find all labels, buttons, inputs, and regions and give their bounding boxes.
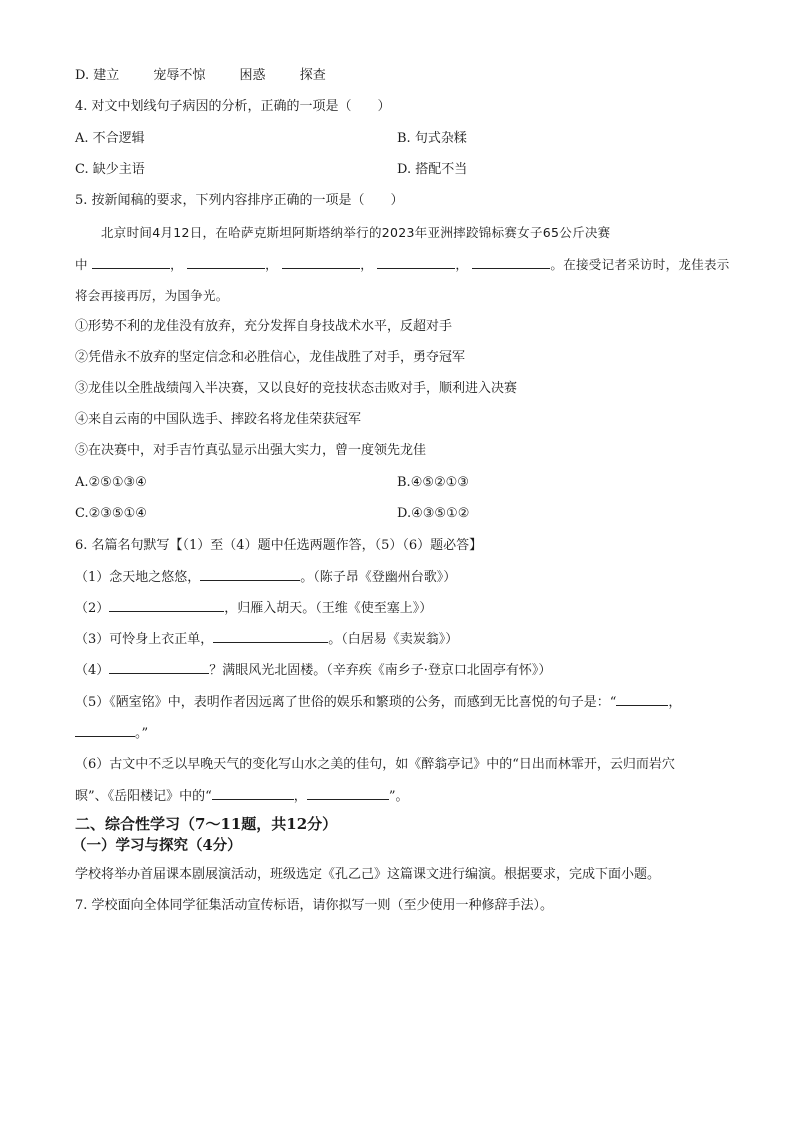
fill-blank-4[interactable] xyxy=(377,256,455,269)
word: 困惑 xyxy=(240,68,266,83)
q6-stem: 6. 名篇名句默写【（1）至（4）题中任选两题作答，（5）（6）题必答】 xyxy=(75,537,482,555)
q5-sentence-4: ④来自云南的中国队选手、摔跤名将龙佳荣获冠军 xyxy=(75,411,361,429)
option-text: ②③⑤①④ xyxy=(89,506,147,521)
option-label: D. xyxy=(75,68,89,83)
word: 宠辱不惊 xyxy=(153,68,205,83)
text: 中 xyxy=(75,257,88,272)
q5-news-line-3: 将会再接再厉，为国争光。 xyxy=(75,287,229,305)
text: （2） xyxy=(75,601,109,616)
subsection-title: （一）学习与探究（4分） xyxy=(72,837,242,855)
section-2-intro: 学校将举办首届课本剧展演活动，班级选定《孔乙己》这篇课文进行编演。根据要求，完成… xyxy=(75,866,660,884)
text: ， xyxy=(668,695,681,710)
q4-option-b[interactable]: B. 句式杂糅 xyxy=(397,130,467,148)
text: （3）可怜身上衣正单， xyxy=(75,632,213,647)
q5-option-d[interactable]: D.④③⑤①② xyxy=(397,505,469,523)
text: ，归雁入胡天。（王维《使至塞上》） xyxy=(224,601,432,616)
text: 暝”、《岳阳楼记》中的“ xyxy=(75,789,212,804)
option-label: D. xyxy=(397,162,411,177)
option-text: 搭配不当 xyxy=(415,162,467,177)
option-text: ④③⑤①② xyxy=(411,506,469,521)
option-text: ②⑤①③④ xyxy=(89,475,147,490)
option-label: D. xyxy=(397,506,411,521)
q6-item-6-line-2: 暝”、《岳阳楼记》中的“，”。 xyxy=(75,787,408,806)
q4-option-a[interactable]: A. 不合逻辑 xyxy=(75,130,145,148)
q5-stem: 5. 按新闻稿的要求，下列内容排序正确的一项是（ ） xyxy=(75,192,404,210)
text: （1）念天地之悠悠， xyxy=(75,570,200,585)
text: 。” xyxy=(135,726,148,741)
fill-blank[interactable] xyxy=(109,599,224,612)
text: ， xyxy=(294,789,307,804)
option-label: B. xyxy=(397,131,411,146)
text: （4） xyxy=(75,663,109,678)
fill-blank[interactable] xyxy=(616,693,668,706)
q6-item-2: （2），归雁入胡天。（王维《使至塞上》） xyxy=(75,599,432,618)
q4-option-c[interactable]: C. 缺少主语 xyxy=(75,161,145,179)
fill-blank[interactable] xyxy=(213,630,328,643)
q5-sentence-3: ③龙佳以全胜战绩闯入半决赛，又以良好的竞技状态击败对手，顺利进入决赛 xyxy=(75,380,517,398)
text: （5）《陋室铭》中，表明作者因远离了世俗的娱乐和繁琐的公务，而感到无比喜悦的句子… xyxy=(75,695,616,710)
q6-item-4: （4）？满眼风光北固楼。（辛弃疾《南乡子·登京口北固亭有怀》） xyxy=(75,661,551,680)
q5-option-c[interactable]: C.②③⑤①④ xyxy=(75,505,147,523)
q5-option-a[interactable]: A.②⑤①③④ xyxy=(75,474,147,492)
fill-blank[interactable] xyxy=(109,661,209,674)
q6-item-5-line-2: 。” xyxy=(75,724,148,743)
q5-option-b[interactable]: B.④⑤②①③ xyxy=(397,474,469,492)
q5-news-line-1: 北京时间4月12日，在哈萨克斯坦阿斯塔纳举行的2023年亚洲摔跤锦标赛女子65公… xyxy=(101,224,610,242)
q5-sentence-5: ⑤在决赛中，对手吉竹真弘显示出强大实力，曾一度领先龙佳 xyxy=(75,442,426,460)
fill-blank[interactable] xyxy=(200,568,300,581)
option-text: 不合逻辑 xyxy=(93,131,145,146)
section-2-title: 二、综合性学习（7～11题，共12分） xyxy=(75,815,337,833)
text: ”。 xyxy=(389,789,409,804)
fill-blank[interactable] xyxy=(75,724,135,737)
option-text: 句式杂糅 xyxy=(415,131,467,146)
q5-sentence-2: ②凭借永不放弃的坚定信念和必胜信心，龙佳战胜了对手，勇夺冠军 xyxy=(75,349,465,367)
option-text: ④⑤②①③ xyxy=(411,475,469,490)
text: 。（白居易《卖炭翁》） xyxy=(328,632,458,647)
q7-stem: 7. 学校面向全体同学征集活动宣传标语，请你拟写一则（至少使用一种修辞手法）。 xyxy=(75,897,553,915)
q3-option-d: D. 建立 宠辱不惊 困惑 探查 xyxy=(75,67,326,85)
text: ？满眼风光北固楼。（辛弃疾《南乡子·登京口北固亭有怀》） xyxy=(209,663,551,678)
q6-item-3: （3）可怜身上衣正单，。（白居易《卖炭翁》） xyxy=(75,630,458,649)
fill-blank[interactable] xyxy=(212,787,294,800)
q5-sentence-1: ①形势不利的龙佳没有放弃，充分发挥自身技战术水平，反超对手 xyxy=(75,318,452,336)
q4-stem: 4. 对文中划线句子病因的分析，正确的一项是（ ） xyxy=(75,98,391,116)
q6-item-5-line-1: （5）《陋室铭》中，表明作者因远离了世俗的娱乐和繁琐的公务，而感到无比喜悦的句子… xyxy=(75,693,681,712)
option-label: A. xyxy=(75,131,89,146)
fill-blank-5[interactable] xyxy=(472,256,550,269)
word: 探查 xyxy=(300,68,326,83)
word: 建立 xyxy=(93,68,119,83)
fill-blank-2[interactable] xyxy=(187,256,265,269)
q7-answer-area[interactable] xyxy=(75,925,725,1095)
option-label: B. xyxy=(397,475,411,490)
text: 。（陈子昂《登幽州台歌》） xyxy=(300,570,456,585)
q4-option-d[interactable]: D. 搭配不当 xyxy=(397,161,467,179)
q6-item-1: （1）念天地之悠悠，。（陈子昂《登幽州台歌》） xyxy=(75,568,456,587)
q6-item-6-line-1: （6）古文中不乏以早晚天气的变化写山水之美的佳句，如《醉翁亭记》中的“日出而林霏… xyxy=(75,756,675,774)
text: 。在接受记者采访时，龙佳表示 xyxy=(550,257,729,272)
q5-news-line-2: 中 ， ， ， ， 。在接受记者采访时，龙佳表示 xyxy=(75,256,730,274)
option-label: C. xyxy=(75,506,89,521)
fill-blank-1[interactable] xyxy=(92,256,170,269)
fill-blank[interactable] xyxy=(307,787,389,800)
option-label: C. xyxy=(75,162,89,177)
option-label: A. xyxy=(75,475,89,490)
fill-blank-3[interactable] xyxy=(282,256,360,269)
option-text: 缺少主语 xyxy=(93,162,145,177)
